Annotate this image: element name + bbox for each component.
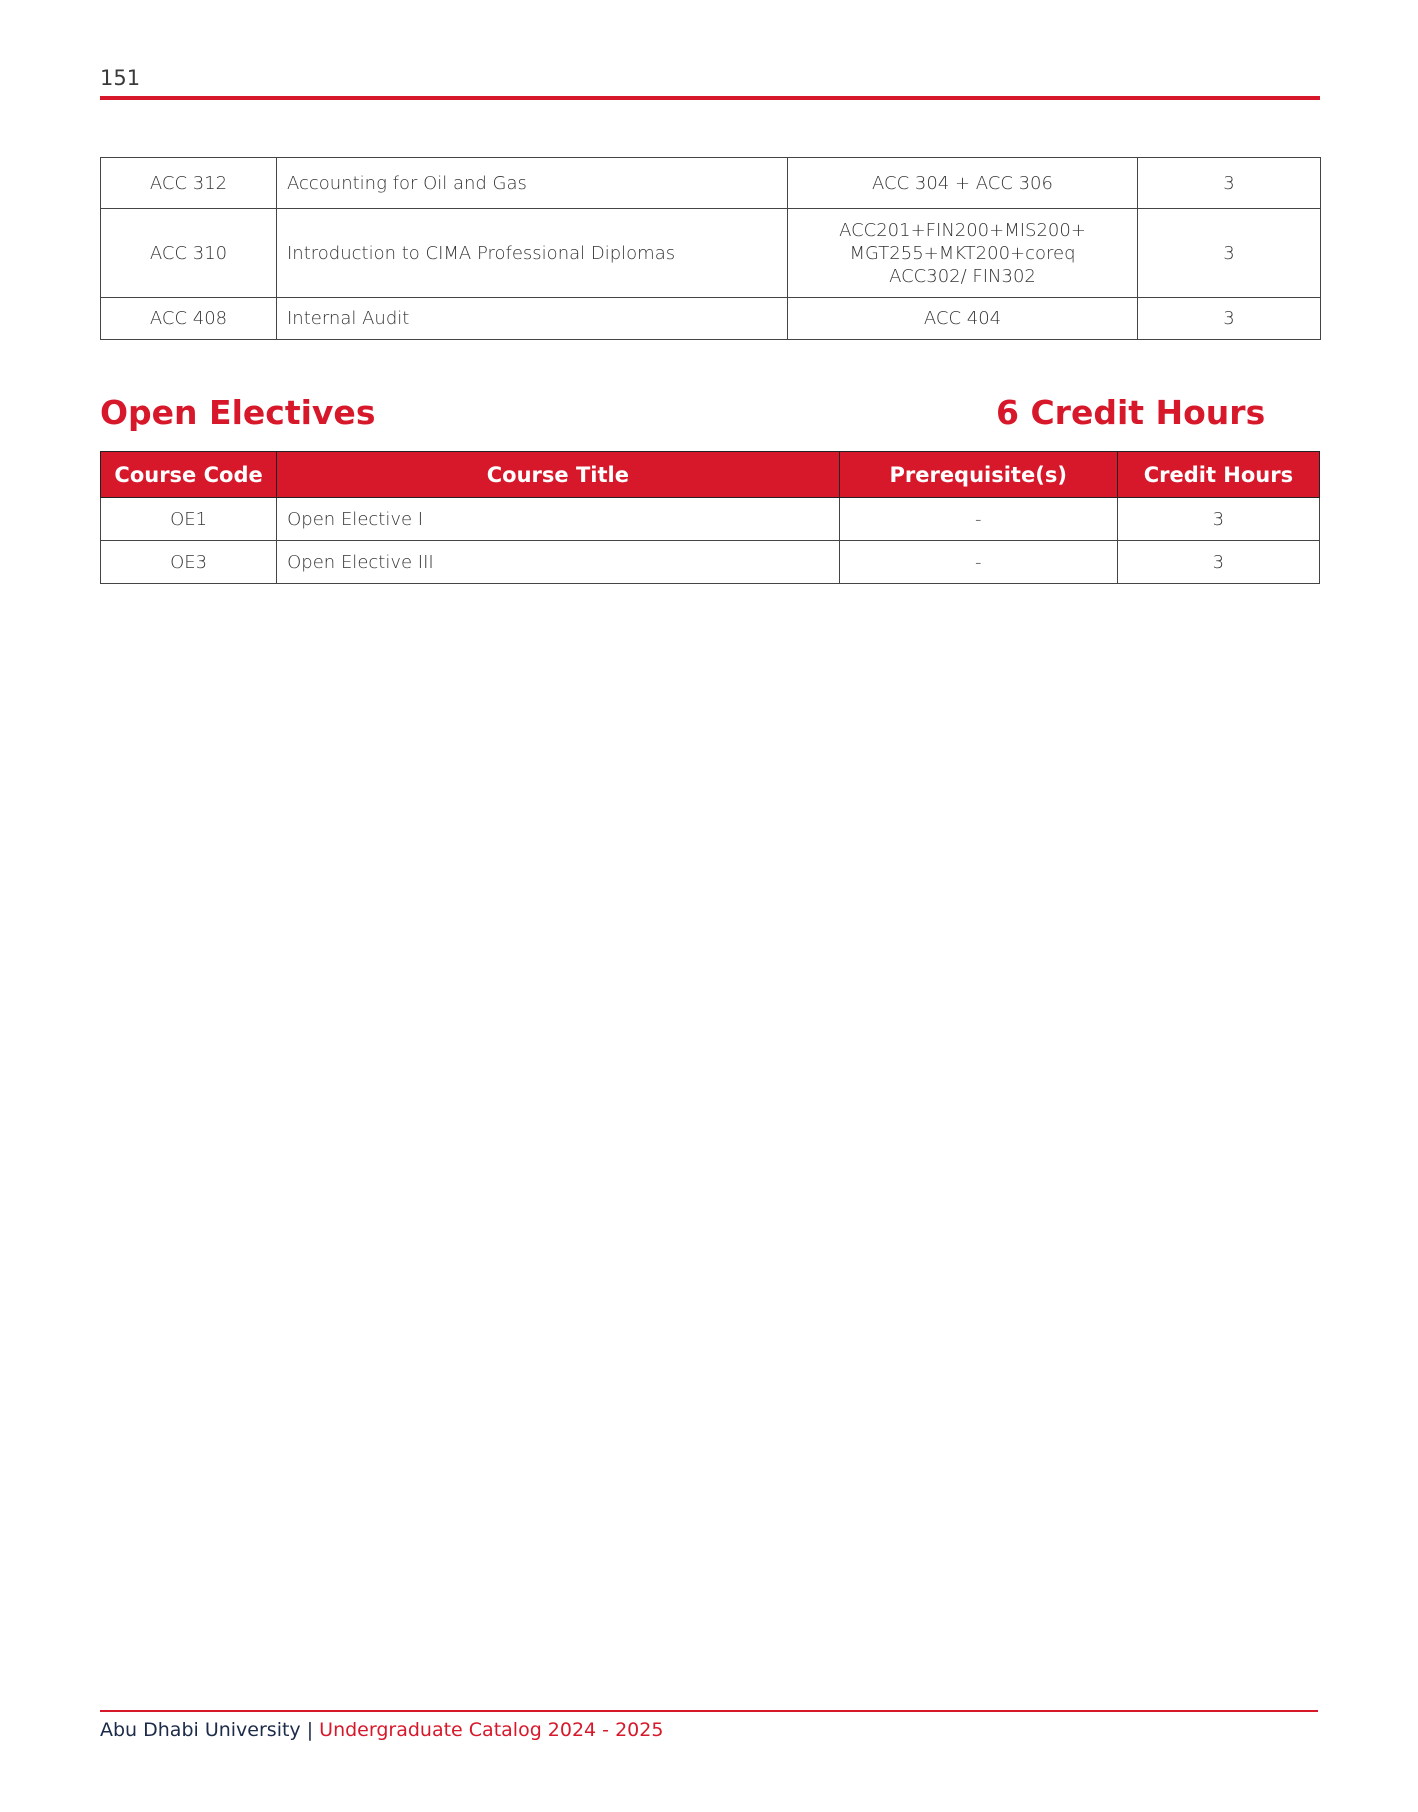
header-course-code: Course Code: [101, 452, 277, 498]
footer-university: Abu Dhabi University: [100, 1719, 301, 1741]
major-electives-table: ACC 312 Accounting for Oil and Gas ACC 3…: [100, 157, 1321, 340]
course-credits: 3: [1138, 298, 1321, 340]
course-credits: 3: [1138, 209, 1321, 298]
header-course-title: Course Title: [277, 452, 839, 498]
course-credits: 3: [1117, 498, 1319, 541]
course-code: ACC 312: [101, 158, 277, 209]
footer: Abu Dhabi University | Undergraduate Cat…: [100, 1719, 663, 1741]
course-title: Internal Audit: [277, 298, 788, 340]
open-electives-table: Course Code Course Title Prerequisite(s)…: [100, 451, 1320, 584]
table-row: OE3 Open Elective III - 3: [101, 541, 1320, 584]
header-credit-hours: Credit Hours: [1117, 452, 1319, 498]
course-code: ACC 310: [101, 209, 277, 298]
course-credits: 3: [1138, 158, 1321, 209]
course-prereq: ACC 304 + ACC 306: [788, 158, 1138, 209]
table-header-row: Course Code Course Title Prerequisite(s)…: [101, 452, 1320, 498]
footer-catalog: Undergraduate Catalog 2024 - 2025: [319, 1719, 663, 1741]
table-row: ACC 312 Accounting for Oil and Gas ACC 3…: [101, 158, 1321, 209]
course-title: Accounting for Oil and Gas: [277, 158, 788, 209]
footer-separator: |: [301, 1719, 319, 1741]
course-title: Open Elective I: [277, 498, 839, 541]
footer-rule: [100, 1710, 1318, 1712]
course-code: ACC 408: [101, 298, 277, 340]
course-prereq: ACC201+FIN200+MIS200+ MGT255+MKT200+core…: [788, 209, 1138, 298]
table-row: OE1 Open Elective I - 3: [101, 498, 1320, 541]
table-row: ACC 408 Internal Audit ACC 404 3: [101, 298, 1321, 340]
course-prereq: ACC 404: [788, 298, 1138, 340]
header-prerequisites: Prerequisite(s): [839, 452, 1117, 498]
section-credit-hours: 6 Credit Hours: [996, 393, 1265, 432]
course-code: OE1: [101, 498, 277, 541]
section-title: Open Electives: [100, 393, 375, 432]
header-rule: [100, 96, 1320, 100]
course-credits: 3: [1117, 541, 1319, 584]
course-title: Open Elective III: [277, 541, 839, 584]
course-code: OE3: [101, 541, 277, 584]
course-prereq: -: [839, 541, 1117, 584]
course-title: Introduction to CIMA Professional Diplom…: [277, 209, 788, 298]
course-prereq: -: [839, 498, 1117, 541]
table-row: ACC 310 Introduction to CIMA Professiona…: [101, 209, 1321, 298]
page-number: 151: [100, 66, 140, 90]
